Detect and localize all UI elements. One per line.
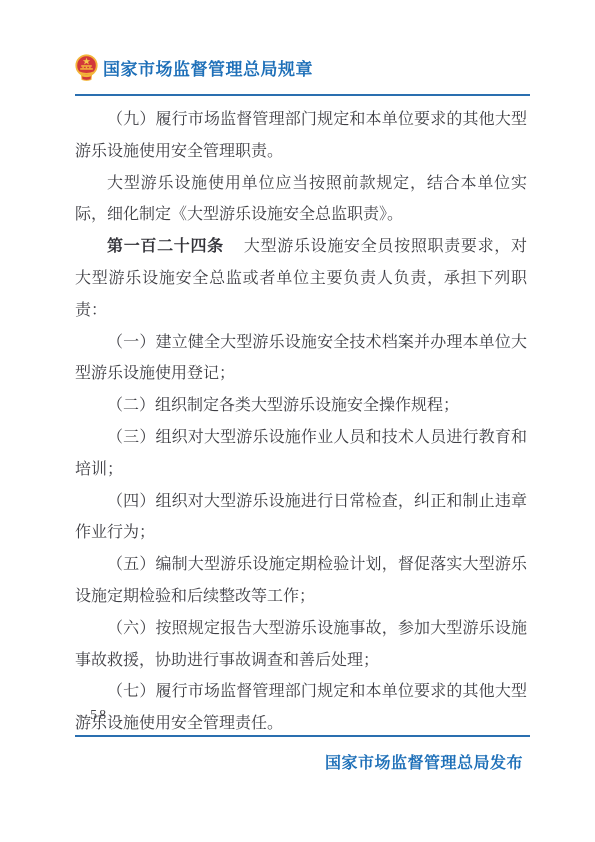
page-number: - 58 -: [78, 708, 120, 724]
clause-text: （七）履行市场监督管理部门规定和本单位要求的其他大型游乐设施使用安全管理责任。: [75, 683, 527, 732]
paragraph-clause-9: （九）履行市场监督管理部门规定和本单位要求的其他大型游乐设施使用安全管理职责。: [75, 104, 527, 168]
clause-text: （二）组织制定各类大型游乐设施安全操作规程；: [107, 397, 459, 414]
page-title: 国家市场监督管理总局规章: [103, 55, 313, 80]
document-page: 国家市场监督管理总局规章 （九）履行市场监督管理部门规定和本单位要求的其他大型游…: [0, 0, 595, 842]
document-body: （九）履行市场监督管理部门规定和本单位要求的其他大型游乐设施使用安全管理职责。 …: [75, 104, 527, 740]
article-number-lead: 第一百二十四条: [107, 238, 224, 255]
clause-text: （九）履行市场监督管理部门规定和本单位要求的其他大型游乐设施使用安全管理职责。: [75, 111, 527, 160]
paragraph-provision: 大型游乐设施使用单位应当按照前款规定，结合本单位实际，细化制定《大型游乐设施安全…: [75, 168, 527, 232]
paragraph-clause-5: （五）编制大型游乐设施定期检验计划，督促落实大型游乐设施定期检验和后续整改等工作…: [75, 549, 527, 613]
clause-text: （三）组织对大型游乐设施作业人员和技术人员进行教育和培训；: [75, 429, 527, 478]
paragraph-clause-4: （四）组织对大型游乐设施进行日常检查，纠正和制止违章作业行为；: [75, 486, 527, 550]
clause-text: （四）组织对大型游乐设施进行日常检查，纠正和制止违章作业行为；: [75, 493, 527, 542]
paragraph-clause-3: （三）组织对大型游乐设施作业人员和技术人员进行教育和培训；: [75, 422, 527, 486]
paragraph-article-124: 第一百二十四条大型游乐设施安全员按照职责要求，对大型游乐设施安全总监或者单位主要…: [75, 231, 527, 326]
publisher-label: 国家市场监督管理总局发布: [325, 750, 523, 773]
clause-text: 大型游乐设施使用单位应当按照前款规定，结合本单位实际，细化制定《大型游乐设施安全…: [75, 175, 527, 224]
clause-text: （六）按照规定报告大型游乐设施事故，参加大型游乐设施事故救援，协助进行事故调查和…: [75, 620, 527, 669]
footer-divider: [75, 735, 530, 737]
national-emblem-icon: [75, 54, 98, 81]
paragraph-clause-7: （七）履行市场监督管理部门规定和本单位要求的其他大型游乐设施使用安全管理责任。: [75, 676, 527, 740]
paragraph-clause-1: （一）建立健全大型游乐设施安全技术档案并办理本单位大型游乐设施使用登记；: [75, 327, 527, 391]
page-header: 国家市场监督管理总局规章: [75, 54, 530, 81]
clause-text: （五）编制大型游乐设施定期检验计划，督促落实大型游乐设施定期检验和后续整改等工作…: [75, 556, 527, 605]
header-divider: [75, 94, 530, 96]
paragraph-clause-6: （六）按照规定报告大型游乐设施事故，参加大型游乐设施事故救援，协助进行事故调查和…: [75, 613, 527, 677]
clause-text: （一）建立健全大型游乐设施安全技术档案并办理本单位大型游乐设施使用登记；: [75, 334, 527, 383]
paragraph-clause-2: （二）组织制定各类大型游乐设施安全操作规程；: [75, 390, 527, 422]
